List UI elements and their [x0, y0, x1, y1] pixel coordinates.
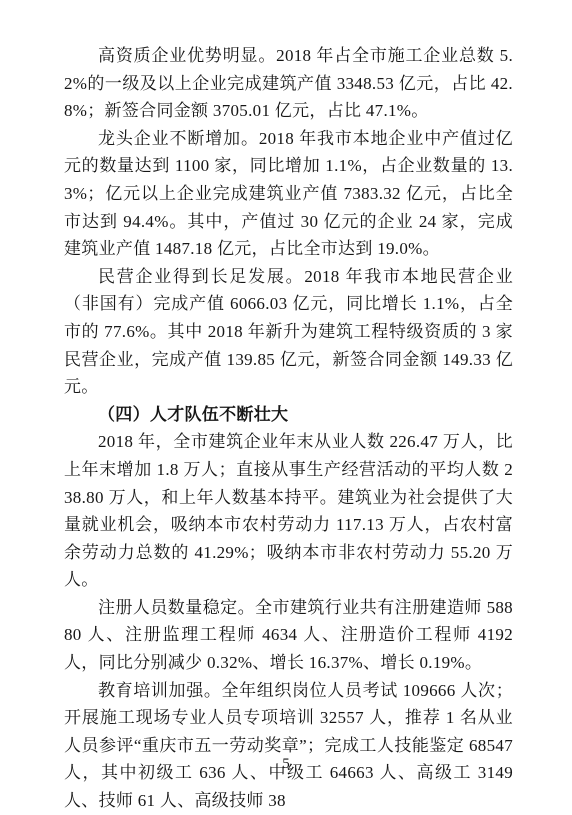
- paragraph-education-training: 教育培训加强。全年组织岗位人员考试 109666 人次；开展施工现场专业人员专项…: [64, 677, 513, 815]
- page-body: 高资质企业优势明显。2018 年占全市施工企业总数 5.2%的一级及以上企业完成…: [64, 42, 513, 815]
- section-heading-talent-team: （四）人才队伍不断壮大: [64, 401, 513, 429]
- paragraph-employment-numbers: 2018 年，全市建筑企业年末从业人数 226.47 万人，比上年末增加 1.8…: [64, 428, 513, 594]
- paragraph-leading-enterprises: 龙头企业不断增加。2018 年我市本地企业中产值过亿元的数量达到 1100 家，…: [64, 125, 513, 263]
- paragraph-registered-personnel: 注册人员数量稳定。全市建筑行业共有注册建造师 58880 人、注册监理工程师 4…: [64, 594, 513, 677]
- paragraph-high-qualification-enterprises: 高资质企业优势明显。2018 年占全市施工企业总数 5.2%的一级及以上企业完成…: [64, 42, 513, 125]
- paragraph-private-enterprises: 民营企业得到长足发展。2018 年我市本地民营企业（非国有）完成产值 6066.…: [64, 263, 513, 401]
- page-number: 5: [0, 755, 572, 773]
- document-page: 高资质企业优势明显。2018 年占全市施工企业总数 5.2%的一级及以上企业完成…: [0, 0, 572, 815]
